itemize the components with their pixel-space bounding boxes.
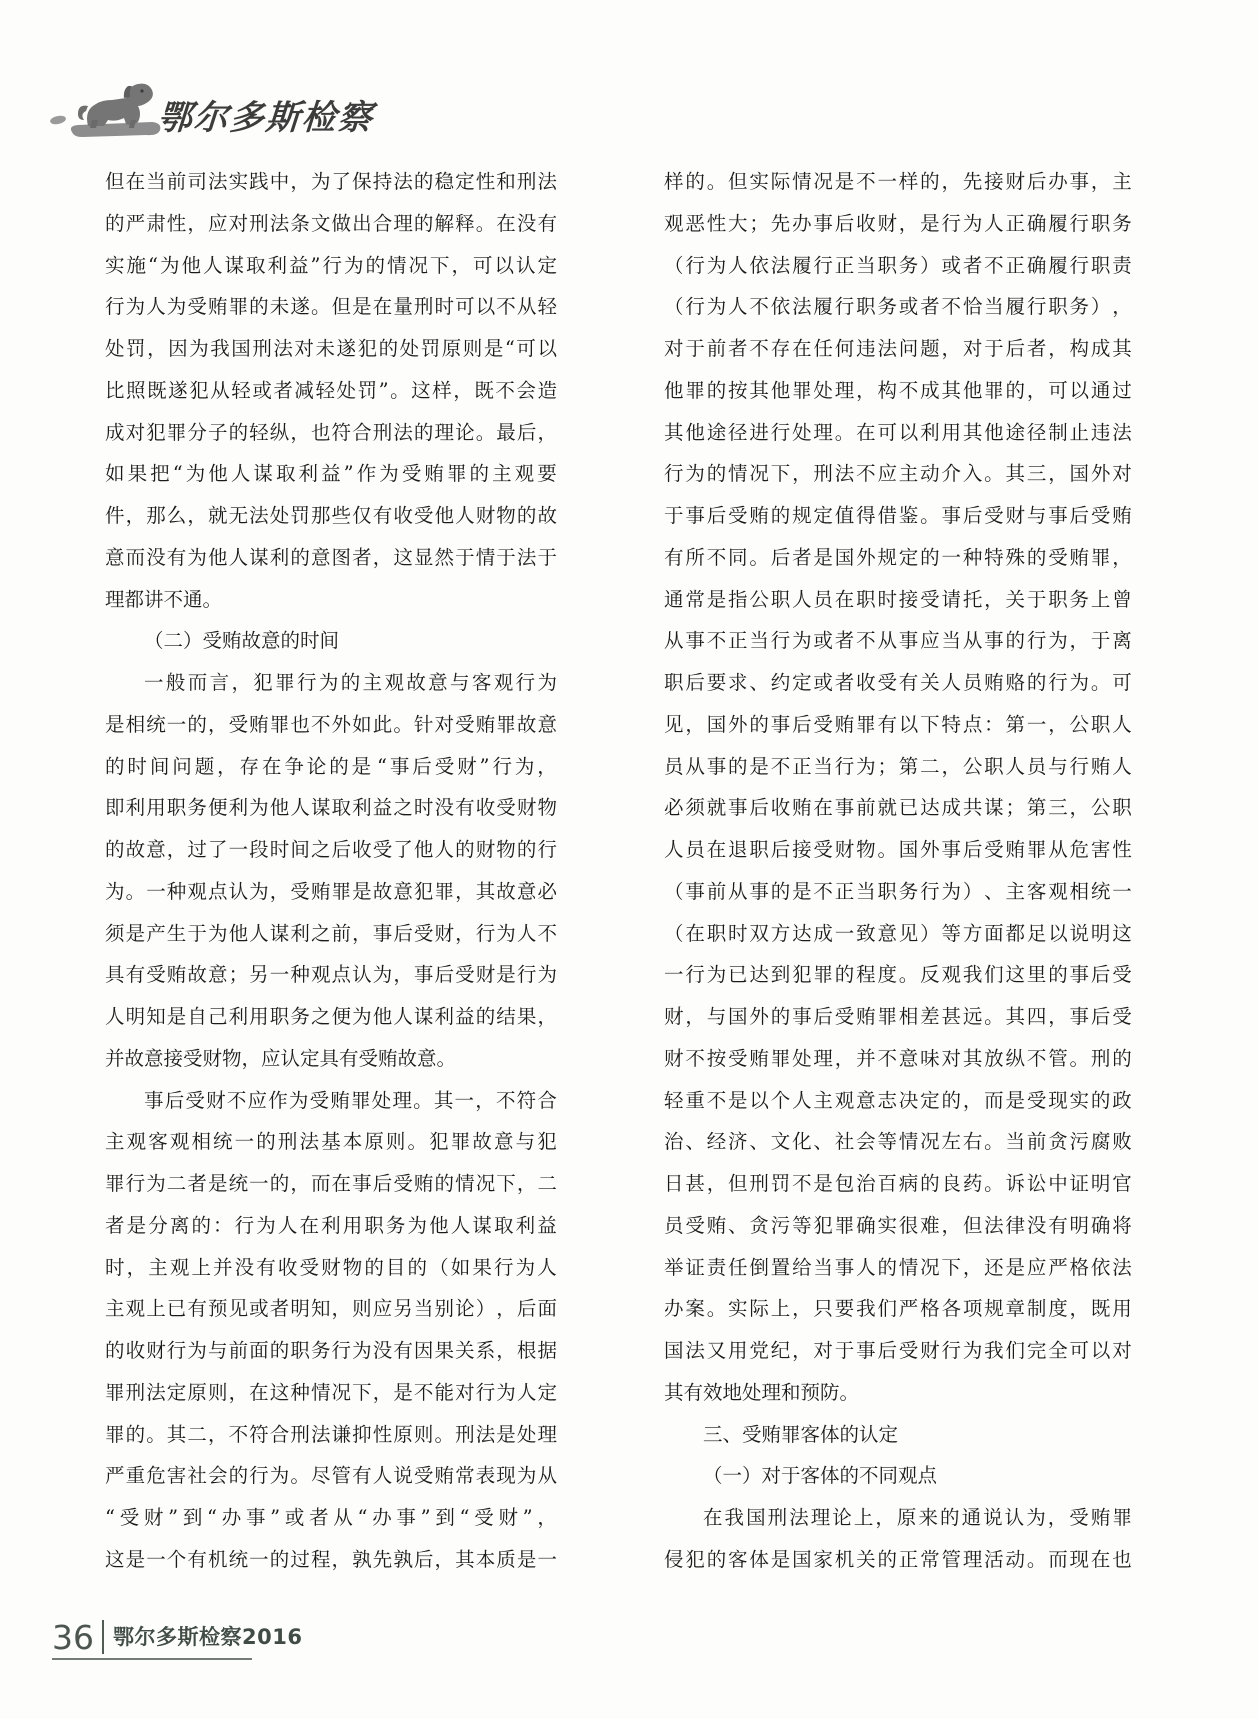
text-line: 处罚，因为我国刑法对未遂犯的处罚原则是“可以 [105, 328, 557, 370]
text-line: 样的。但实际情况是不一样的，先接财后办事，主 [664, 161, 1132, 203]
page-number: 36 [52, 1621, 94, 1654]
text-line: 即利用职务便利为他人谋取利益之时没有收受财物 [105, 787, 557, 829]
text-line: 罪刑法定原则，在这种情况下，是不能对行为人定 [105, 1372, 557, 1414]
text-line: 举证责任倒置给当事人的情况下，还是应严格依法 [664, 1247, 1132, 1289]
text-line: 有所不同。后者是国外规定的一种特殊的受贿罪， [664, 537, 1132, 579]
text-line: 须是产生于为他人谋利之前，事后受财，行为人不 [105, 913, 557, 955]
text-line: 办案。实际上，只要我们严格各项规章制度，既用 [664, 1288, 1132, 1330]
text-line: 事后受财不应作为受贿罪处理。其一，不符合 [105, 1080, 557, 1122]
text-line: 这是一个有机统一的过程，孰先孰后，其本质是一 [105, 1539, 557, 1581]
text-line: 人员在退职后接受财物。国外事后受贿罪从危害性 [664, 829, 1132, 871]
journal-logotype: 鄂尔多斯检察2016 [113, 1627, 302, 1648]
text-line: 从事不正当行为或者不从事应当从事的行为，于离 [664, 620, 1132, 662]
text-line: 一行为已达到犯罪的程度。反观我们这里的事后受 [664, 954, 1132, 996]
text-line: 是相统一的，受贿罪也不外如此。针对受贿罪故意 [105, 704, 557, 746]
text-line: 的收财行为与前面的职务行为没有因果关系，根据 [105, 1330, 557, 1372]
text-line: （事前从事的是不正当职务行为）、主客观相统一 [664, 871, 1132, 913]
page-footer: 36 鄂尔多斯检察2016 [52, 1612, 302, 1662]
column-right: 样的。但实际情况是不一样的，先接财后办事，主观恶性大；先办事后收财，是行为人正确… [664, 161, 1132, 1581]
footer-divider [102, 1620, 104, 1654]
text-line: 比照既遂犯从轻或者减轻处罚”。这样，既不会造 [105, 370, 557, 412]
text-line: 对于前者不存在任何违法问题，对于后者，构成其 [664, 328, 1132, 370]
text-line: 时，主观上并没有收受财物的目的（如果行为人 [105, 1247, 557, 1289]
text-line: 者是分离的：行为人在利用职务为他人谋取利益 [105, 1205, 557, 1247]
text-line: 员从事的是不正当行为；第二，公职人员与行贿人 [664, 746, 1132, 788]
text-line: 其有效地处理和预防。 [664, 1372, 1132, 1414]
text-line: （行为人依法履行正当职务）或者不正确履行职责 [664, 245, 1132, 287]
text-line: 具有受贿故意；另一种观点认为，事后受财是行为 [105, 954, 557, 996]
text-line: （在职时双方达成一致意见）等方面都足以说明这 [664, 913, 1132, 955]
text-line: 治、经济、文化、社会等情况左右。当前贪污腐败 [664, 1121, 1132, 1163]
text-line: （行为人不依法履行职务或者不恰当履行职务）， [664, 286, 1132, 328]
text-line: “受财”到“办事”或者从“办事”到“受财”， [105, 1497, 557, 1539]
text-line: 见，国外的事后受贿罪有以下特点：第一，公职人 [664, 704, 1132, 746]
text-line: 财，与国外的事后受贿罪相差甚远。其四，事后受 [664, 996, 1132, 1038]
text-line: 理都讲不通。 [105, 579, 557, 621]
text-line: 行为的情况下，刑法不应主动介入。其三，国外对 [664, 453, 1132, 495]
text-line: （二）受贿故意的时间 [105, 620, 557, 662]
text-line: 的故意，过了一段时间之后收受了他人的财物的行 [105, 829, 557, 871]
text-line: 观恶性大；先办事后收财，是行为人正确履行职务 [664, 203, 1132, 245]
text-line: 通常是指公职人员在职时接受请托，关于职务上曾 [664, 579, 1132, 621]
text-line: 侵犯的客体是国家机关的正常管理活动。而现在也 [664, 1539, 1132, 1581]
text-line: 于事后受贿的规定值得借鉴。事后受财与事后受贿 [664, 495, 1132, 537]
journal-calligraphy-title: 鄂尔多斯检察 [156, 90, 375, 139]
text-line: 主观客观相统一的刑法基本原则。犯罪故意与犯 [105, 1121, 557, 1163]
text-line: 的严肃性，应对刑法条文做出合理的解释。在没有 [105, 203, 557, 245]
text-line: 职后要求、约定或者收受有关人员贿赂的行为。可 [664, 662, 1132, 704]
text-line: 成对犯罪分子的轻纵，也符合刑法的理论。最后， [105, 412, 557, 454]
text-line: 三、受贿罪客体的认定 [664, 1414, 1132, 1456]
text-line: 其他途径进行处理。在可以利用其他途径制止违法 [664, 412, 1132, 454]
lion-statue-logo-icon [68, 76, 164, 140]
ink-speck [49, 114, 66, 125]
text-line: 严重危害社会的行为。尽管有人说受贿常表现为从 [105, 1455, 557, 1497]
text-line: 但在当前司法实践中，为了保持法的稳定性和刑法 [105, 161, 557, 203]
text-line: 国法又用党纪，对于事后受财行为我们完全可以对 [664, 1330, 1132, 1372]
text-line: 如果把“为他人谋取利益”作为受贿罪的主观要 [105, 453, 557, 495]
text-line: 必须就事后收贿在事前就已达成共谋；第三，公职 [664, 787, 1132, 829]
text-line: （一）对于客体的不同观点 [664, 1455, 1132, 1497]
text-line: 轻重不是以个人主观意志决定的，而是受现实的政 [664, 1080, 1132, 1122]
footer-rule [52, 1658, 252, 1660]
text-line: 日甚，但刑罚不是包治百病的良药。诉讼中证明官 [664, 1163, 1132, 1205]
text-line: 罪的。其二，不符合刑法谦抑性原则。刑法是处理 [105, 1414, 557, 1456]
text-line: 一般而言，犯罪行为的主观故意与客观行为 [105, 662, 557, 704]
text-line: 主观上已有预见或者明知，则应另当别论），后面 [105, 1288, 557, 1330]
text-line: 为。一种观点认为，受贿罪是故意犯罪，其故意必 [105, 871, 557, 913]
page-header: 鄂尔多斯检察 [0, 0, 1258, 150]
text-line: 财不按受贿罪处理，并不意味对其放纵不管。刑的 [664, 1038, 1132, 1080]
column-left: 但在当前司法实践中，为了保持法的稳定性和刑法的严肃性，应对刑法条文做出合理的解释… [105, 161, 557, 1581]
text-line: 他罪的按其他罪处理，构不成其他罪的，可以通过 [664, 370, 1132, 412]
text-line: 行为人为受贿罪的未遂。但是在量刑时可以不从轻 [105, 286, 557, 328]
text-line: 罪行为二者是统一的，而在事后受贿的情况下，二 [105, 1163, 557, 1205]
text-line: 的时间问题，存在争论的是 “事后受财”行为， [105, 746, 557, 788]
text-line: 件，那么，就无法处罚那些仅有收受他人财物的故 [105, 495, 557, 537]
scanned-journal-page: 鄂尔多斯检察 但在当前司法实践中，为了保持法的稳定性和刑法的严肃性，应对刑法条文… [0, 0, 1258, 1719]
text-line: 意而没有为他人谋利的意图者，这显然于情于法于 [105, 537, 557, 579]
text-line: 在我国刑法理论上，原来的通说认为，受贿罪 [664, 1497, 1132, 1539]
text-line: 员受贿、贪污等犯罪确实很难，但法律没有明确将 [664, 1205, 1132, 1247]
text-line: 实施“为他人谋取利益”行为的情况下，可以认定 [105, 245, 557, 287]
text-line: 人明知是自己利用职务之便为他人谋利益的结果， [105, 996, 557, 1038]
text-line: 并故意接受财物，应认定具有受贿故意。 [105, 1038, 557, 1080]
